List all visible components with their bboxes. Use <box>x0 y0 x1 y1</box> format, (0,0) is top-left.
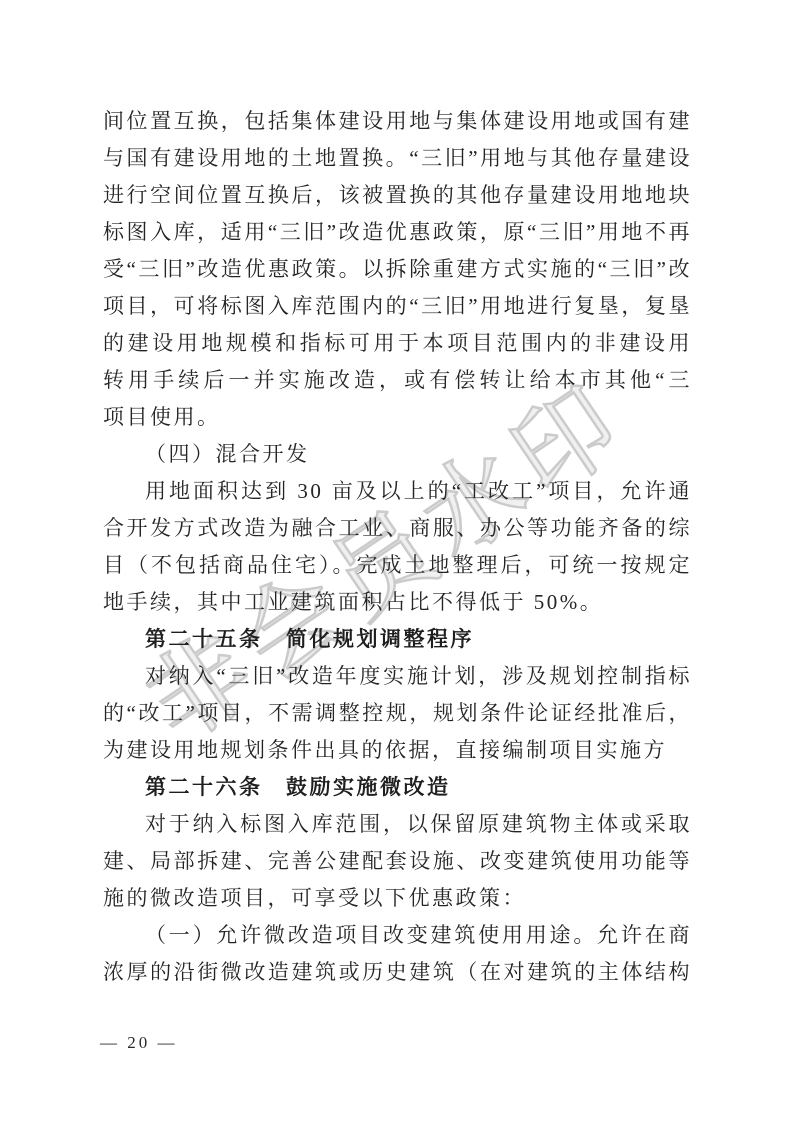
text-line: 与国有建设用地的土地置换。“三旧”用地与其他存量建设用地 <box>103 140 692 177</box>
text-line: 合开发方式改造为融合工业、商服、办公等功能齐备的综合性项 <box>103 510 692 547</box>
text-line: 转用手续后一并实施改造，或有偿转让给本市其他“三旧”改造 <box>103 362 692 399</box>
text-line: 项目，可将标图入库范围内的“三旧”用地进行复垦，复垦产生 <box>103 288 692 325</box>
text-line: 对纳入“三旧”改造年度实施计划，涉及规划控制指标调整 <box>103 658 692 695</box>
text-line: （四）混合开发 <box>103 436 692 473</box>
paragraph: （四）混合开发 <box>103 436 692 473</box>
text-line: （一）允许微改造项目改变建筑使用用途。允许在商业氛围 <box>103 917 692 954</box>
text-line: 建、局部拆建、完善公建配套设施、改变建筑使用功能等方式实 <box>103 843 692 880</box>
document-page: 非会员水印 间位置互换，包括集体建设用地与集体建设用地或国有建设用地与国有建设用… <box>0 0 794 1123</box>
text-line: 进行空间位置互换后，该被置换的其他存量建设用地地块可直接 <box>103 177 692 214</box>
text-line: 浓厚的沿街微改造建筑或历史建筑（在对建筑的主体结构不产生 <box>103 954 692 991</box>
text-line: 的建设用地规模和指标可用于本项目范围内的非建设用地，办理 <box>103 325 692 362</box>
text-line: 对于纳入标图入库范围，以保留原建筑物主体或采取加建扩 <box>103 806 692 843</box>
text-line: 施的微改造项目，可享受以下优惠政策： <box>103 880 692 917</box>
text-line: 标图入库，适用“三旧”改造优惠政策，原“三旧”用地不再享 <box>103 214 692 251</box>
article-heading: 第二十六条 鼓励实施微改造 <box>103 769 692 806</box>
text-line: 第二十五条 简化规划调整程序 <box>103 621 692 658</box>
paragraph: 用地面积达到 30 亩及以上的“工改工”项目，允许通过混合开发方式改造为融合工业… <box>103 473 692 621</box>
text-line: 用地面积达到 30 亩及以上的“工改工”项目，允许通过混 <box>103 473 692 510</box>
text-line: 的“改工”项目，不需调整控规，规划条件论证经批准后，可作 <box>103 695 692 732</box>
text-line: 目（不包括商品住宅）。完成土地整理后，可统一按规定办理供 <box>103 547 692 584</box>
text-line: 间位置互换，包括集体建设用地与集体建设用地或国有建设用地 <box>103 103 692 140</box>
text-line: 地手续，其中工业建筑面积占比不得低于 50%。 <box>103 584 692 621</box>
article-heading: 第二十五条 简化规划调整程序 <box>103 621 692 658</box>
text-line: 第二十六条 鼓励实施微改造 <box>103 769 692 806</box>
document-content: 间位置互换，包括集体建设用地与集体建设用地或国有建设用地与国有建设用地的土地置换… <box>103 103 692 991</box>
text-line: 受“三旧”改造优惠政策。以拆除重建方式实施的“三旧”改造 <box>103 251 692 288</box>
text-line: 为建设用地规划条件出具的依据，直接编制项目实施方案。 <box>103 732 692 769</box>
paragraph: 间位置互换，包括集体建设用地与集体建设用地或国有建设用地与国有建设用地的土地置换… <box>103 103 692 436</box>
paragraph: 对纳入“三旧”改造年度实施计划，涉及规划控制指标调整的“改工”项目，不需调整控规… <box>103 658 692 769</box>
text-line: 项目使用。 <box>103 399 692 436</box>
paragraph: 对于纳入标图入库范围，以保留原建筑物主体或采取加建扩建、局部拆建、完善公建配套设… <box>103 806 692 917</box>
paragraph: （一）允许微改造项目改变建筑使用用途。允许在商业氛围浓厚的沿街微改造建筑或历史建… <box>103 917 692 991</box>
page-number: — 20 — <box>100 1033 178 1053</box>
